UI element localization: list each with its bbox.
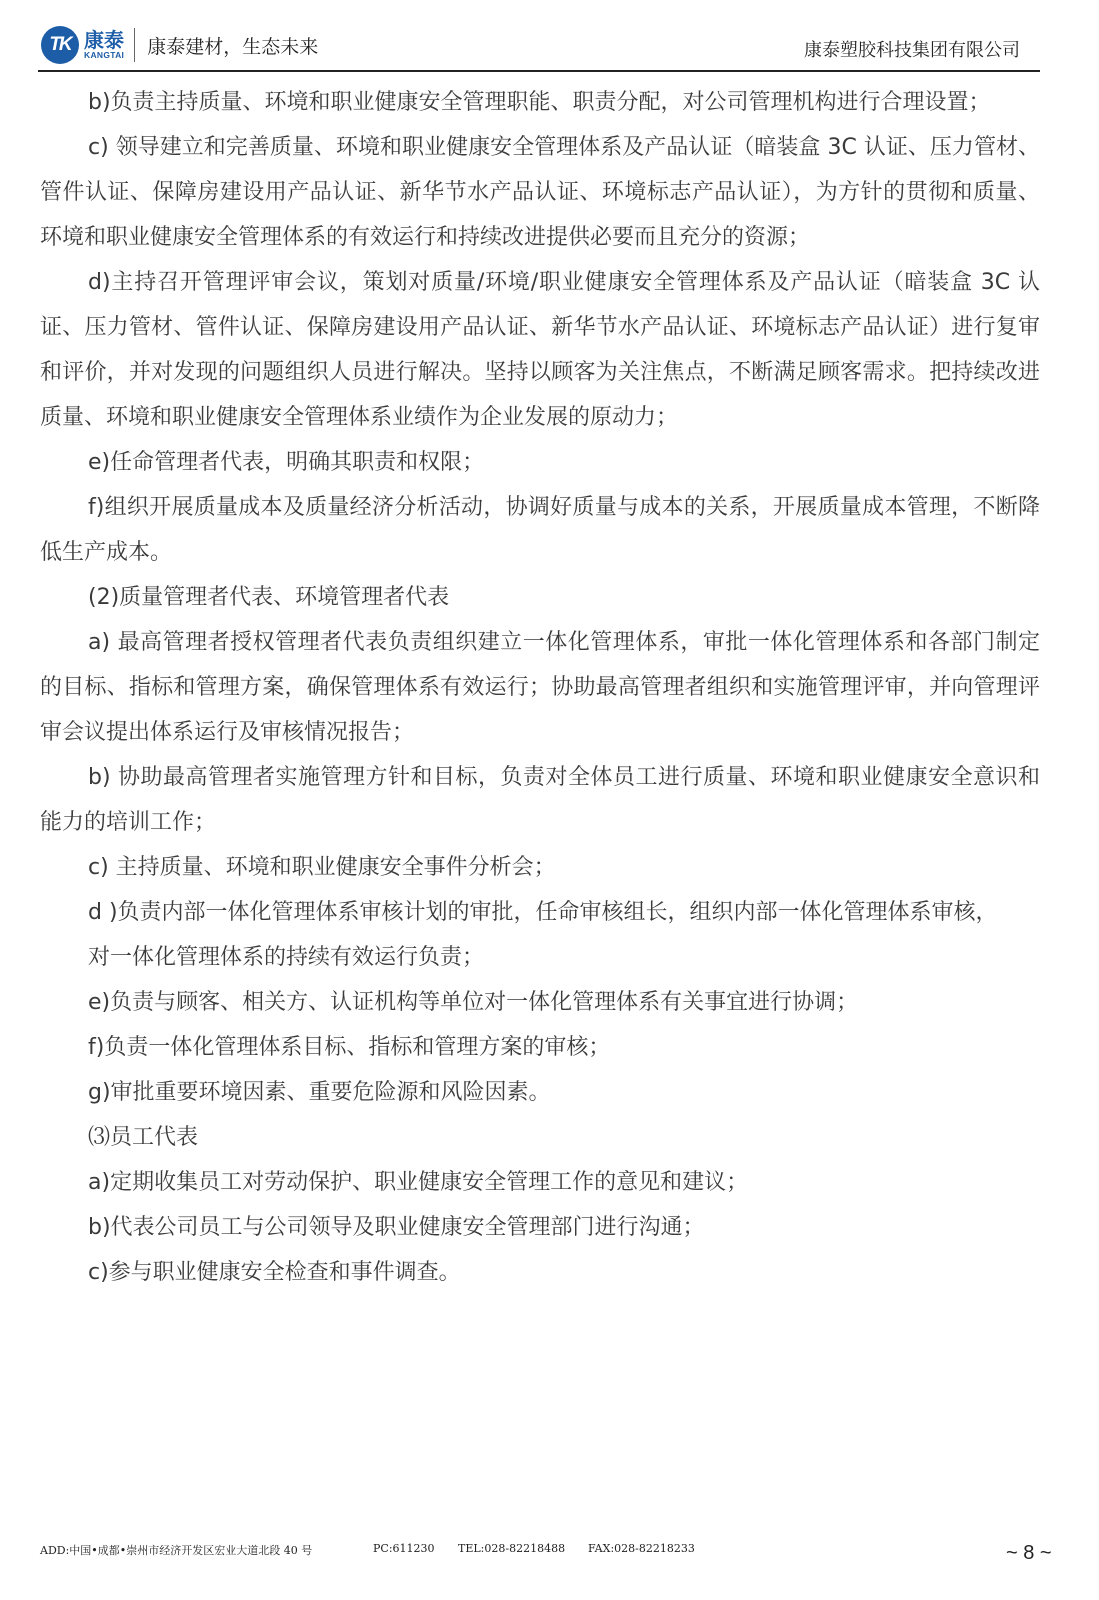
- paragraph: b)代表公司员工与公司领导及职业健康安全管理部门进行沟通；: [40, 1205, 1040, 1250]
- logo-mark-icon: TK: [41, 26, 79, 64]
- footer-fax: FAX:028-82218233: [588, 1542, 695, 1555]
- footer-tel: TEL:028-82218488: [458, 1542, 565, 1555]
- header-rule: [38, 70, 1040, 72]
- paragraph: c) 领导建立和完善质量、环境和职业健康安全管理体系及产品认证（暗装盒 3C 认…: [40, 125, 1040, 260]
- company-name: 康泰塑胶科技集团有限公司: [804, 36, 1020, 62]
- paragraph: c)参与职业健康安全检查和事件调查。: [40, 1250, 1040, 1295]
- paragraph: a)定期收集员工对劳动保护、职业健康安全管理工作的意见和建议；: [40, 1160, 1040, 1205]
- paragraph: f)负责一体化管理体系目标、指标和管理方案的审核；: [40, 1025, 1040, 1070]
- logo-english-name: KANGTAI: [84, 51, 124, 60]
- header-divider: [134, 28, 135, 62]
- paragraph: d)主持召开管理评审会议，策划对质量/环境/职业健康安全管理体系及产品认证（暗装…: [40, 260, 1040, 440]
- logo-wordmark: 康泰 KANGTAI: [84, 30, 124, 60]
- footer-postcode: PC:611230: [373, 1542, 435, 1555]
- section-heading: ⑶员工代表: [40, 1115, 1040, 1160]
- paragraph: 对一体化管理体系的持续有效运行负责；: [40, 935, 1040, 980]
- page-header: TK 康泰 KANGTAI 康泰建材，生态未来 康泰塑胶科技集团有限公司: [38, 22, 1040, 72]
- paragraph: e)任命管理者代表，明确其职责和权限；: [40, 440, 1040, 485]
- paragraph: f)组织开展质量成本及质量经济分析活动，协调好质量与成本的关系，开展质量成本管理…: [40, 485, 1040, 575]
- paragraph: g)审批重要环境因素、重要危险源和风险因素。: [40, 1070, 1040, 1115]
- slogan: 康泰建材，生态未来: [147, 32, 318, 59]
- paragraph: b) 协助最高管理者实施管理方针和目标，负责对全体员工进行质量、环境和职业健康安…: [40, 755, 1040, 845]
- paragraph: a) 最高管理者授权管理者代表负责组织建立一体化管理体系，审批一体化管理体系和各…: [40, 620, 1040, 755]
- logo-chinese-name: 康泰: [84, 30, 124, 50]
- paragraph: b)负责主持质量、环境和职业健康安全管理职能、职责分配，对公司管理机构进行合理设…: [40, 80, 1040, 125]
- section-heading: (2)质量管理者代表、环境管理者代表: [40, 575, 1040, 620]
- page-footer: ADD:中国•成都•崇州市经济开发区宏业大道北段 40 号 PC:611230 …: [40, 1540, 1040, 1560]
- paragraph: e)负责与顾客、相关方、认证机构等单位对一体化管理体系有关事宜进行协调；: [40, 980, 1040, 1025]
- paragraph: c) 主持质量、环境和职业健康安全事件分析会；: [40, 845, 1040, 890]
- footer-address: ADD:中国•成都•崇州市经济开发区宏业大道北段 40 号: [40, 1542, 312, 1558]
- page-number: ~ 8 ~: [1006, 1542, 1052, 1565]
- company-logo: TK 康泰 KANGTAI 康泰建材，生态未来: [41, 26, 318, 64]
- document-body: b)负责主持质量、环境和职业健康安全管理职能、职责分配，对公司管理机构进行合理设…: [40, 80, 1040, 1295]
- paragraph: d )负责内部一体化管理体系审核计划的审批，任命审核组长，组织内部一体化管理体系…: [40, 890, 1040, 935]
